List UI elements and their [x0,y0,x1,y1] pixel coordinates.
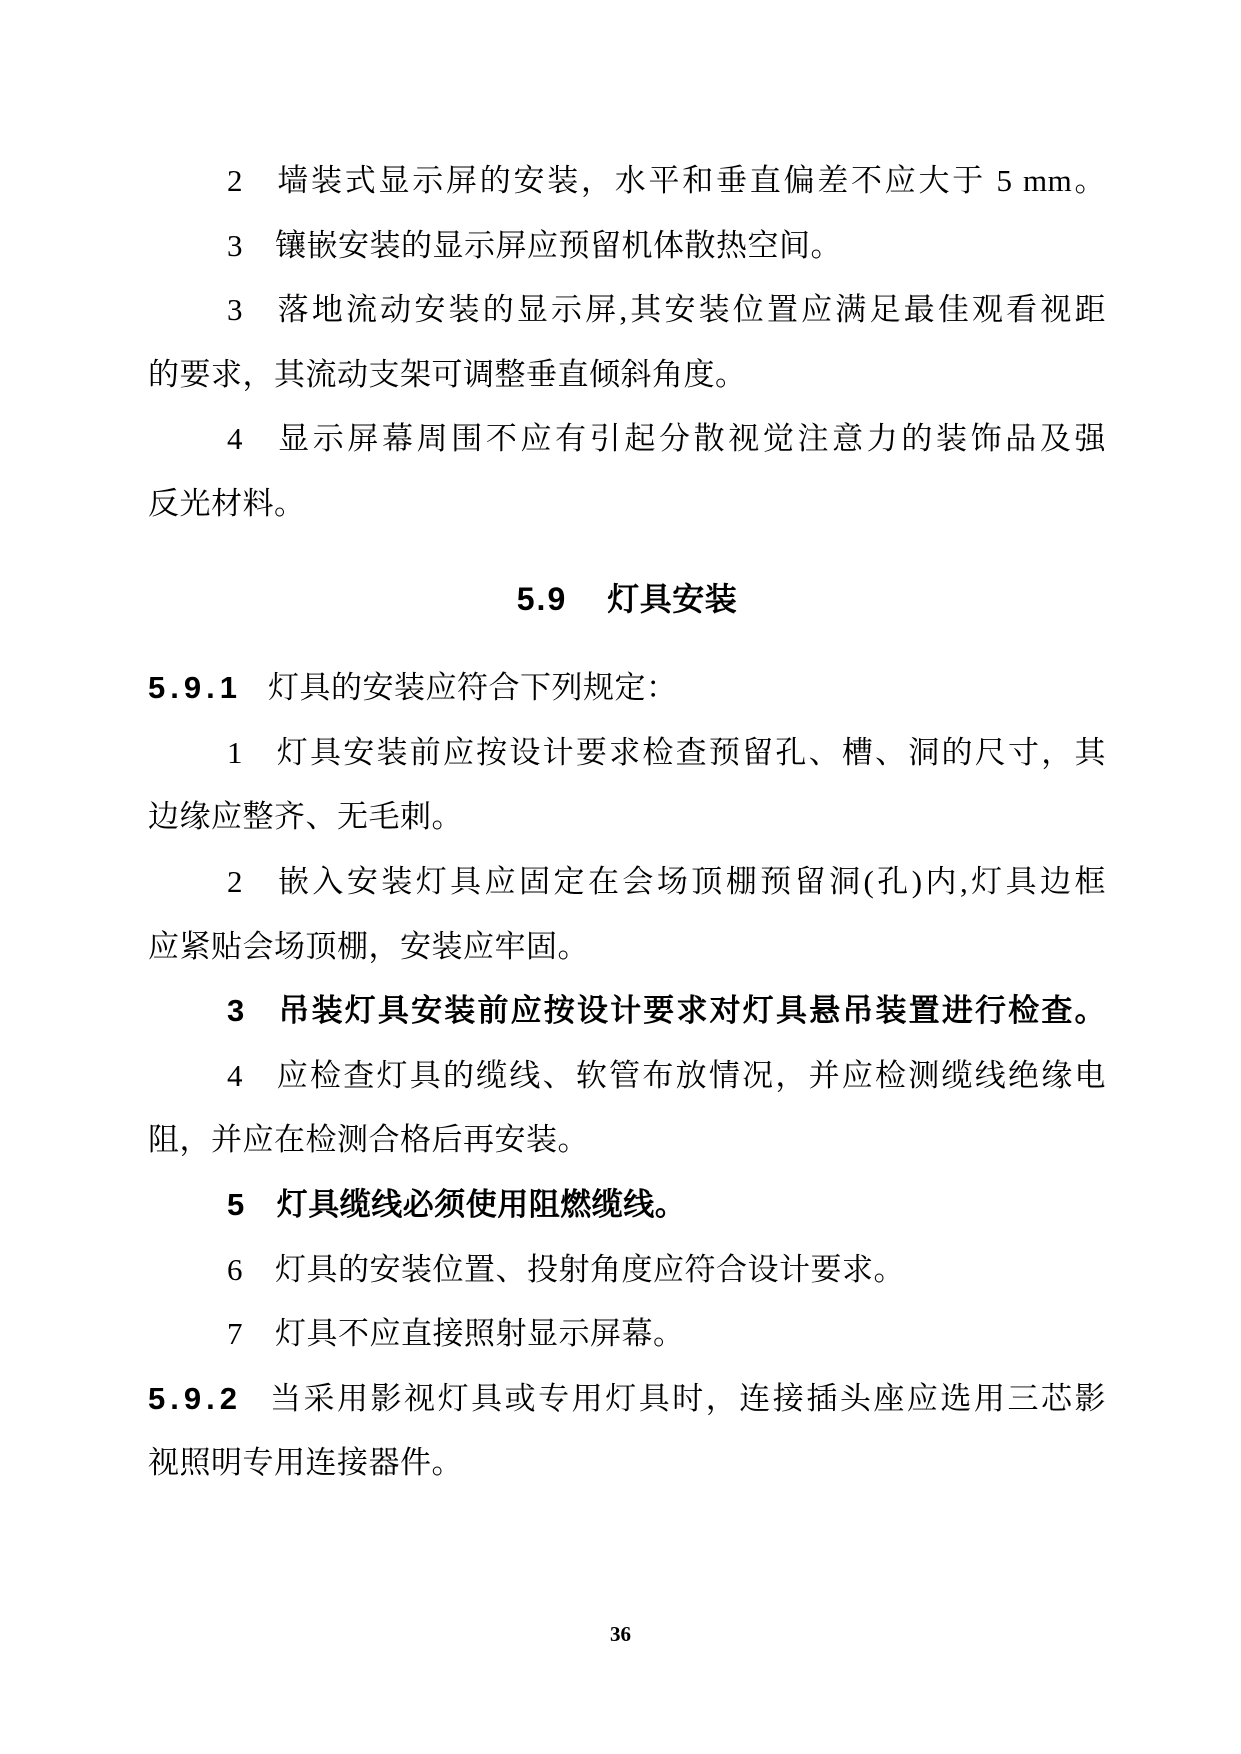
page-number: 36 [0,1622,1241,1647]
text-line: 1灯具安装前应按设计要求检查预留孔、槽、洞的尺寸，其 [148,721,1106,786]
line-number: 7 [227,1302,243,1367]
line-text: 灯具安装 [607,581,737,617]
text-line: 2嵌入安装灯具应固定在会场顶棚预留洞(孔)内,灯具边框 [148,850,1106,915]
line-text: 墙装式显示屏的安装，水平和垂直偏差不应大于 5 mm。 [275,163,1106,198]
line-number: 3 [227,278,243,343]
text-line: 反光材料。 [148,472,1106,537]
line-text: 灯具的安装应符合下列规定： [268,670,678,705]
clause-number: 5.9 [517,567,567,632]
section-heading: 5.9灯具安装 [148,567,1106,632]
line-text: 嵌入安装灯具应固定在会场顶棚预留洞(孔)内,灯具边框 [275,864,1106,899]
text-line: 7灯具不应直接照射显示屏幕。 [148,1302,1106,1367]
line-number: 3 [227,979,245,1044]
text-line: 4应检查灯具的缆线、软管布放情况，并应检测缆线绝缘电 [148,1044,1106,1109]
line-text: 灯具安装前应按设计要求检查预留孔、槽、洞的尺寸，其 [275,735,1106,770]
line-text: 显示屏幕周围不应有引起分散视觉注意力的装饰品及强 [275,421,1106,456]
document-page: { "document": { "page_number": "36", "he… [0,0,1241,1754]
clause-number: 5.9.1 [148,656,242,721]
line-number: 4 [227,407,243,472]
line-text: 当采用影视灯具或专用灯具时，连接插头座应选用三芯影 [268,1381,1106,1416]
line-text: 落地流动安装的显示屏,其安装位置应满足最佳观看视距 [275,292,1106,327]
text-line: 3落地流动安装的显示屏,其安装位置应满足最佳观看视距 [148,278,1106,343]
line-number: 1 [227,721,243,786]
line-text: 边缘应整齐、无毛刺。 [148,799,463,834]
line-text: 应检查灯具的缆线、软管布放情况，并应检测缆线绝缘电 [275,1058,1106,1093]
line-text: 的要求，其流动支架可调整垂直倾斜角度。 [148,357,747,392]
text-line: 2墙装式显示屏的安装，水平和垂直偏差不应大于 5 mm。 [148,149,1106,214]
clause-number: 5.9.2 [148,1367,242,1432]
line-text: 反光材料。 [148,486,306,521]
line-number: 3 [227,214,243,279]
line-text: 视照明专用连接器件。 [148,1445,463,1480]
text-line: 视照明专用连接器件。 [148,1431,1106,1496]
line-number: 5 [227,1173,245,1238]
document-content: 2墙装式显示屏的安装，水平和垂直偏差不应大于 5 mm。3镶嵌安装的显示屏应预留… [148,149,1106,1496]
text-line: 5.9.2当采用影视灯具或专用灯具时，连接插头座应选用三芯影 [148,1367,1106,1432]
text-line: 应紧贴会场顶棚，安装应牢固。 [148,915,1106,980]
line-text: 灯具的安装位置、投射角度应符合设计要求。 [275,1252,905,1287]
line-text: 吊装灯具安装前应按设计要求对灯具悬吊装置进行检查。 [277,993,1106,1028]
line-number: 2 [227,149,243,214]
line-number: 2 [227,850,243,915]
text-line: 阻，并应在检测合格后再安装。 [148,1108,1106,1173]
line-text: 灯具不应直接照射显示屏幕。 [275,1316,685,1351]
text-line: 的要求，其流动支架可调整垂直倾斜角度。 [148,343,1106,408]
text-line: 4显示屏幕周围不应有引起分散视觉注意力的装饰品及强 [148,407,1106,472]
text-line: 6灯具的安装位置、投射角度应符合设计要求。 [148,1238,1106,1303]
text-line: 5.9.1灯具的安装应符合下列规定： [148,656,1106,721]
line-text: 灯具缆线必须使用阻燃缆线。 [277,1187,687,1222]
text-line: 3镶嵌安装的显示屏应预留机体散热空间。 [148,214,1106,279]
text-line: 3吊装灯具安装前应按设计要求对灯具悬吊装置进行检查。 [148,979,1106,1044]
line-number: 4 [227,1044,243,1109]
line-number: 6 [227,1238,243,1303]
line-text: 应紧贴会场顶棚，安装应牢固。 [148,929,589,964]
text-line: 边缘应整齐、无毛刺。 [148,785,1106,850]
text-line: 5灯具缆线必须使用阻燃缆线。 [148,1173,1106,1238]
line-text: 镶嵌安装的显示屏应预留机体散热空间。 [275,228,842,263]
line-text: 阻，并应在检测合格后再安装。 [148,1122,589,1157]
